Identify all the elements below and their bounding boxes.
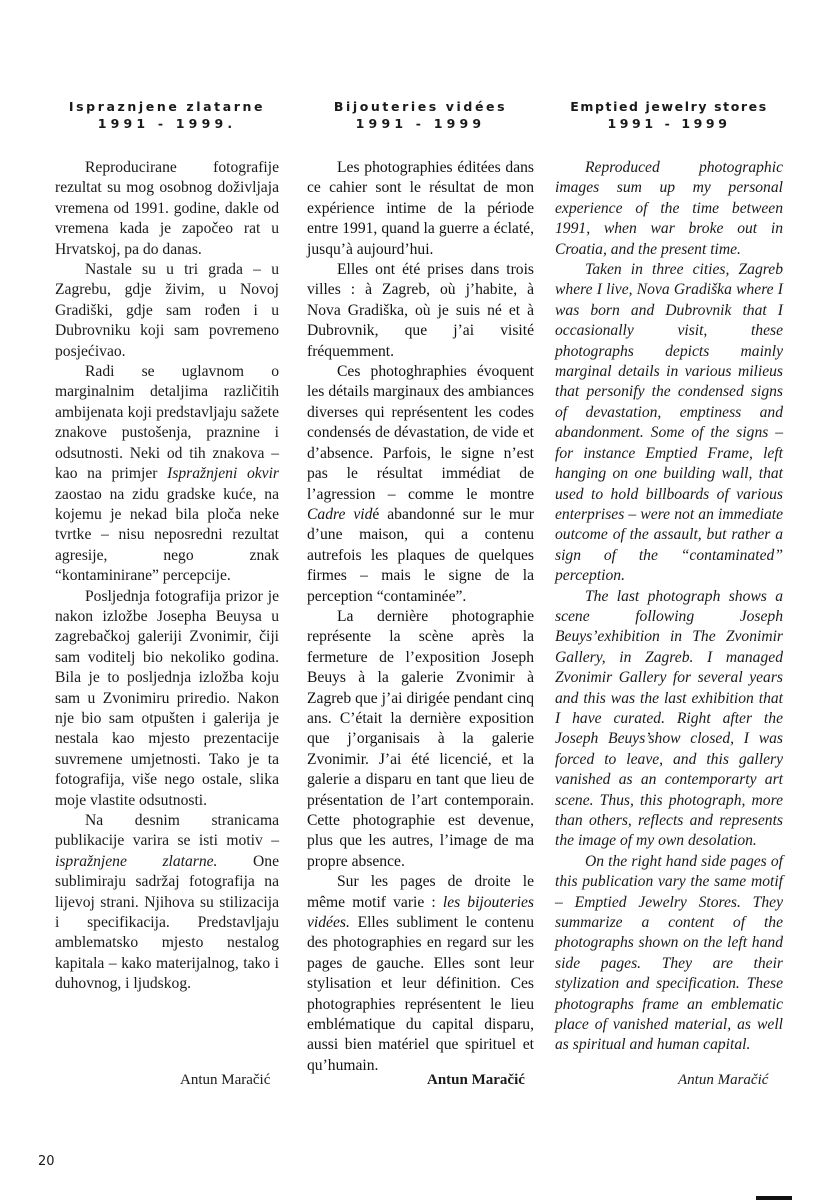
paragraph: Sur les pages de droite le même motif va… bbox=[307, 872, 534, 1076]
column-body: Reproduced photographic images sum up my… bbox=[555, 158, 783, 1056]
emphasized-title: Cadre vid bbox=[307, 506, 372, 523]
column-croatian: Ispraznjene zlatarne 1991 - 1999. Reprod… bbox=[55, 98, 279, 995]
column-body: Les photographies éditées dans ce cahier… bbox=[307, 158, 534, 1076]
emphasized-title: Ispražnjeni okvir bbox=[167, 465, 279, 482]
paragraph: Les photographies éditées dans ce cahier… bbox=[307, 158, 534, 260]
emphasized-title: ispražnjene zlatarne. bbox=[55, 853, 217, 870]
column-english: Emptied jewelry stores 1991 - 1999 Repro… bbox=[555, 98, 783, 1056]
column-heading: Ispraznjene zlatarne 1991 - 1999. bbox=[55, 98, 279, 132]
paragraph: Ces photoghraphies évoquent les détails … bbox=[307, 362, 534, 607]
paragraph: Reproducirane fotografije rezultat su mo… bbox=[55, 158, 279, 260]
paragraph-text: Ces photoghraphies évoquent les détails … bbox=[307, 363, 534, 502]
paragraph-text: One sublimiraju sadržaj fotografija na l… bbox=[55, 853, 279, 992]
column-heading: Emptied jewelry stores 1991 - 1999 bbox=[555, 98, 783, 132]
page-number: 20 bbox=[38, 1154, 55, 1169]
heading-title: Bijouteries vidées bbox=[334, 99, 507, 114]
paragraph-text: Elles subliment le contenu des photograp… bbox=[307, 914, 534, 1074]
signature-english: Antun Maračić bbox=[678, 1072, 768, 1089]
paragraph: Posljednja fotografija prizor je nakon i… bbox=[55, 587, 279, 811]
paragraph-text: zaostao na zidu gradske kuće, na kojemu … bbox=[55, 486, 279, 585]
paragraph: Radi se uglavnom o marginalnim detaljima… bbox=[55, 362, 279, 586]
signature-croatian: Antun Maračić bbox=[180, 1072, 270, 1089]
signature-french: Antun Maračić bbox=[427, 1072, 525, 1089]
column-heading: Bijouteries vidées 1991 - 1999 bbox=[307, 98, 534, 132]
paragraph: The last photograph shows a scene follow… bbox=[555, 587, 783, 852]
column-french: Bijouteries vidées 1991 - 1999 Les photo… bbox=[307, 98, 534, 1076]
column-body: Reproducirane fotografije rezultat su mo… bbox=[55, 158, 279, 995]
paragraph: Nastale su u tri grada – u Zagrebu, gdje… bbox=[55, 260, 279, 362]
heading-years: 1991 - 1999 bbox=[307, 115, 534, 132]
paragraph: Reproduced photographic images sum up my… bbox=[555, 158, 783, 260]
heading-title: Ispraznjene zlatarne bbox=[69, 99, 265, 114]
paragraph: La dernière photographie représente la s… bbox=[307, 607, 534, 872]
heading-years: 1991 - 1999 bbox=[555, 115, 783, 132]
paragraph: Taken in three cities, Zagreb where I li… bbox=[555, 260, 783, 587]
paragraph: On the right hand side pages of this pub… bbox=[555, 852, 783, 1056]
crop-mark bbox=[756, 1196, 792, 1200]
paragraph: Elles ont été prises dans trois villes :… bbox=[307, 260, 534, 362]
heading-title: Emptied jewelry stores bbox=[570, 99, 768, 114]
paragraph: Na desnim stranicama publikacije varira … bbox=[55, 811, 279, 995]
paragraph-text: Na desnim stranicama publikacije varira … bbox=[55, 812, 279, 849]
heading-years: 1991 - 1999. bbox=[55, 115, 279, 132]
